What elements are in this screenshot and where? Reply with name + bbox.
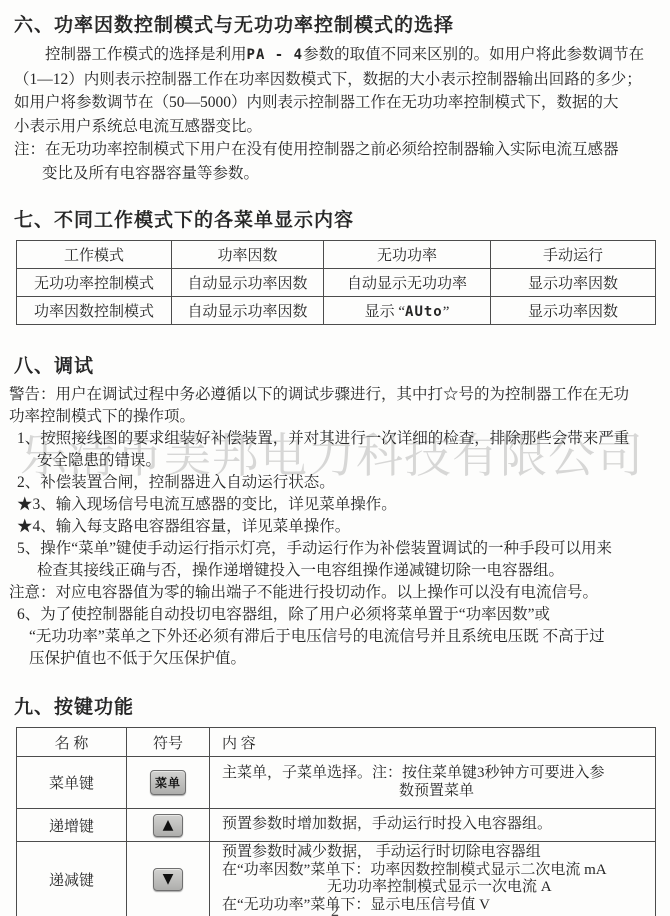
table-cell: 显示功率因数 [491,297,656,325]
notice-line: 注意：对应电容器值为零的输出端子不能进行投切动作。以上操作可以没有电流信号。 [9,582,658,604]
section-9-title: 九、按键功能 [14,692,670,719]
content-line: 在“功率因数”菜单下：功率因数控制模式显示二次电流 mA [222,862,651,880]
section-6-title: 六、功率因数控制模式与无功功率控制模式的选择 [14,10,670,37]
step-line-starred: ★3、输入现场信号电流互感器的变比，详见菜单操作。 [9,494,658,516]
page-number: 2 [0,903,670,916]
table-cell: 自动显示功率因数 [172,269,324,297]
table-cell: 显示功率因数 [491,269,656,297]
table-cell: 功率因数控制模式 [17,297,172,325]
content-line: 主菜单，子菜单选择。注：按住菜单键3秒钟方可要进入参 [222,765,651,783]
section-key-functions: 九、按键功能 名 称 符号 内 容 菜单键 菜单 主菜单，子菜单选择。注：按住菜… [0,692,670,916]
col-header-manual-run: 手动运行 [491,241,656,269]
step-line: 检查其接线正确与否，操作递增键投入一电容组操作递减键切除一电容器组。 [9,560,658,582]
key-name-cell: 递增键 [17,809,127,842]
key-name-cell: 菜单键 [17,757,127,809]
col-header-power-factor: 功率因数 [172,241,324,269]
table-cell: 自动显示功率因数 [172,297,324,325]
step-line: 安全隐患的错误。 [9,450,658,472]
paragraph-line: 小表示用户系统总电流互感器变比。 [14,115,658,139]
table-header-row: 工作模式 功率因数 无功功率 手动运行 [17,241,656,269]
table-cell: 显示 “AUto” [324,297,491,325]
mode-display-table: 工作模式 功率因数 无功功率 手动运行 无功功率控制模式 自动显示功率因数 自动… [16,240,656,325]
content-line: 数预置菜单 [222,783,651,801]
paragraph-line: 如用户将参数调节在（50—5000）内则表示控制器工作在无功功率控制模式下，数据… [14,91,658,115]
down-arrow-icon: ▼ [163,871,174,887]
menu-key-button: 菜单 [150,770,186,795]
col-header-work-mode: 工作模式 [17,241,172,269]
up-arrow-key-button: ▲ [153,814,183,837]
paragraph-line: 控制器工作模式的选择是利用PA - 4参数的取值不同来区别的。如用户将此参数调节… [14,43,658,68]
col-header-name: 名 称 [17,728,127,757]
note-line: 注：在无功功率控制模式下用户在没有使用控制器之前必须给控制器输入实际电流互感器 [14,138,658,162]
step-line: 5、操作“菜单”键使手动运行指示灯亮，手动运行作为补偿装置调试的一种手段可以用来 [9,538,658,560]
key-content-cell: 预置参数时增加数据，手动运行时投入电容器组。 [210,809,656,842]
text-run: 控制器工作模式的选择是利用 [45,46,247,63]
content-line: 无功功率控制模式显示一次电流 A [222,879,651,897]
text-run: ” [443,304,450,320]
key-symbol-cell: 菜单 [127,757,210,809]
key-symbol-cell: ▲ [127,809,210,842]
table-header-row: 名 称 符号 内 容 [17,728,656,757]
section-8-title: 八、调试 [14,351,670,378]
step-line: 2、补偿装置合闸，控制器进入自动运行状态。 [9,472,658,494]
content-line: 预置参数时减少数据， 手动运行时切除电容器组 [222,844,651,862]
step-line: “无功功率”菜单之下外还必须有滞后于电压信号的电流信号并且系统电压既 不高于过 [9,626,658,648]
section-power-factor-mode-selection: 六、功率因数控制模式与无功功率控制模式的选择 控制器工作模式的选择是利用PA -… [0,0,670,185]
lcd-auto-display: AUto [405,304,443,320]
note-line: 变比及所有电容器容量等参数。 [14,162,658,186]
table-cell: 无功功率控制模式 [17,269,172,297]
text-run: 参数的取值不同来区别的。如用户将此参数调节在 [303,46,644,63]
table-row-increment-key: 递增键 ▲ 预置参数时增加数据，手动运行时投入电容器组。 [17,809,656,842]
col-header-content: 内 容 [210,728,656,757]
step-line: 1、按照接线图的要求组装好补偿装置，并对其进行一次详细的检查，排除那些会带来严重 [9,428,658,450]
warning-line: 功率控制模式下的操作项。 [9,406,658,428]
content-line: 预置参数时增加数据，手动运行时投入电容器组。 [222,816,651,834]
table-cell: 自动显示无功功率 [324,269,491,297]
document-page: 乐清市美邦电力科技有限公司 六、功率因数控制模式与无功功率控制模式的选择 控制器… [0,0,670,916]
key-content-cell: 主菜单，子菜单选择。注：按住菜单键3秒钟方可要进入参 数预置菜单 [210,757,656,809]
key-function-table: 名 称 符号 内 容 菜单键 菜单 主菜单，子菜单选择。注：按住菜单键3秒钟方可… [16,727,656,916]
table-row: 功率因数控制模式 自动显示功率因数 显示 “AUto” 显示功率因数 [17,297,656,325]
up-arrow-icon: ▲ [163,817,174,833]
step-line: 6、为了使控制器能自动投切电容器组，除了用户必须将菜单置于“功率因数”或 [9,604,658,626]
section-7-title: 七、不同工作模式下的各菜单显示内容 [14,205,670,232]
paragraph-line: （1—12）内则表示控制器工作在功率因数模式下，数据的大小表示控制器输出回路的多… [14,68,658,92]
section-menu-display-contents: 七、不同工作模式下的各菜单显示内容 工作模式 功率因数 无功功率 手动运行 无功… [0,205,670,325]
table-row-menu-key: 菜单键 菜单 主菜单，子菜单选择。注：按住菜单键3秒钟方可要进入参 数预置菜单 [17,757,656,809]
text-run: 显示 “ [365,304,405,320]
step-line-starred: ★4、输入每支路电容器组容量，详见菜单操作。 [9,516,658,538]
col-header-reactive-power: 无功功率 [324,241,491,269]
lcd-parameter-pa4: PA - 4 [247,47,304,63]
table-row: 无功功率控制模式 自动显示功率因数 自动显示无功功率 显示功率因数 [17,269,656,297]
step-line: 压保护值也不低于欠压保护值。 [9,648,658,670]
col-header-symbol: 符号 [127,728,210,757]
warning-line: 警告：用户在调试过程中务必遵循以下的调试步骤进行，其中打☆号的为控制器工作在无功 [9,384,658,406]
section-debugging: 八、调试 警告：用户在调试过程中务必遵循以下的调试步骤进行，其中打☆号的为控制器… [0,351,670,670]
down-arrow-key-button: ▼ [153,868,183,891]
